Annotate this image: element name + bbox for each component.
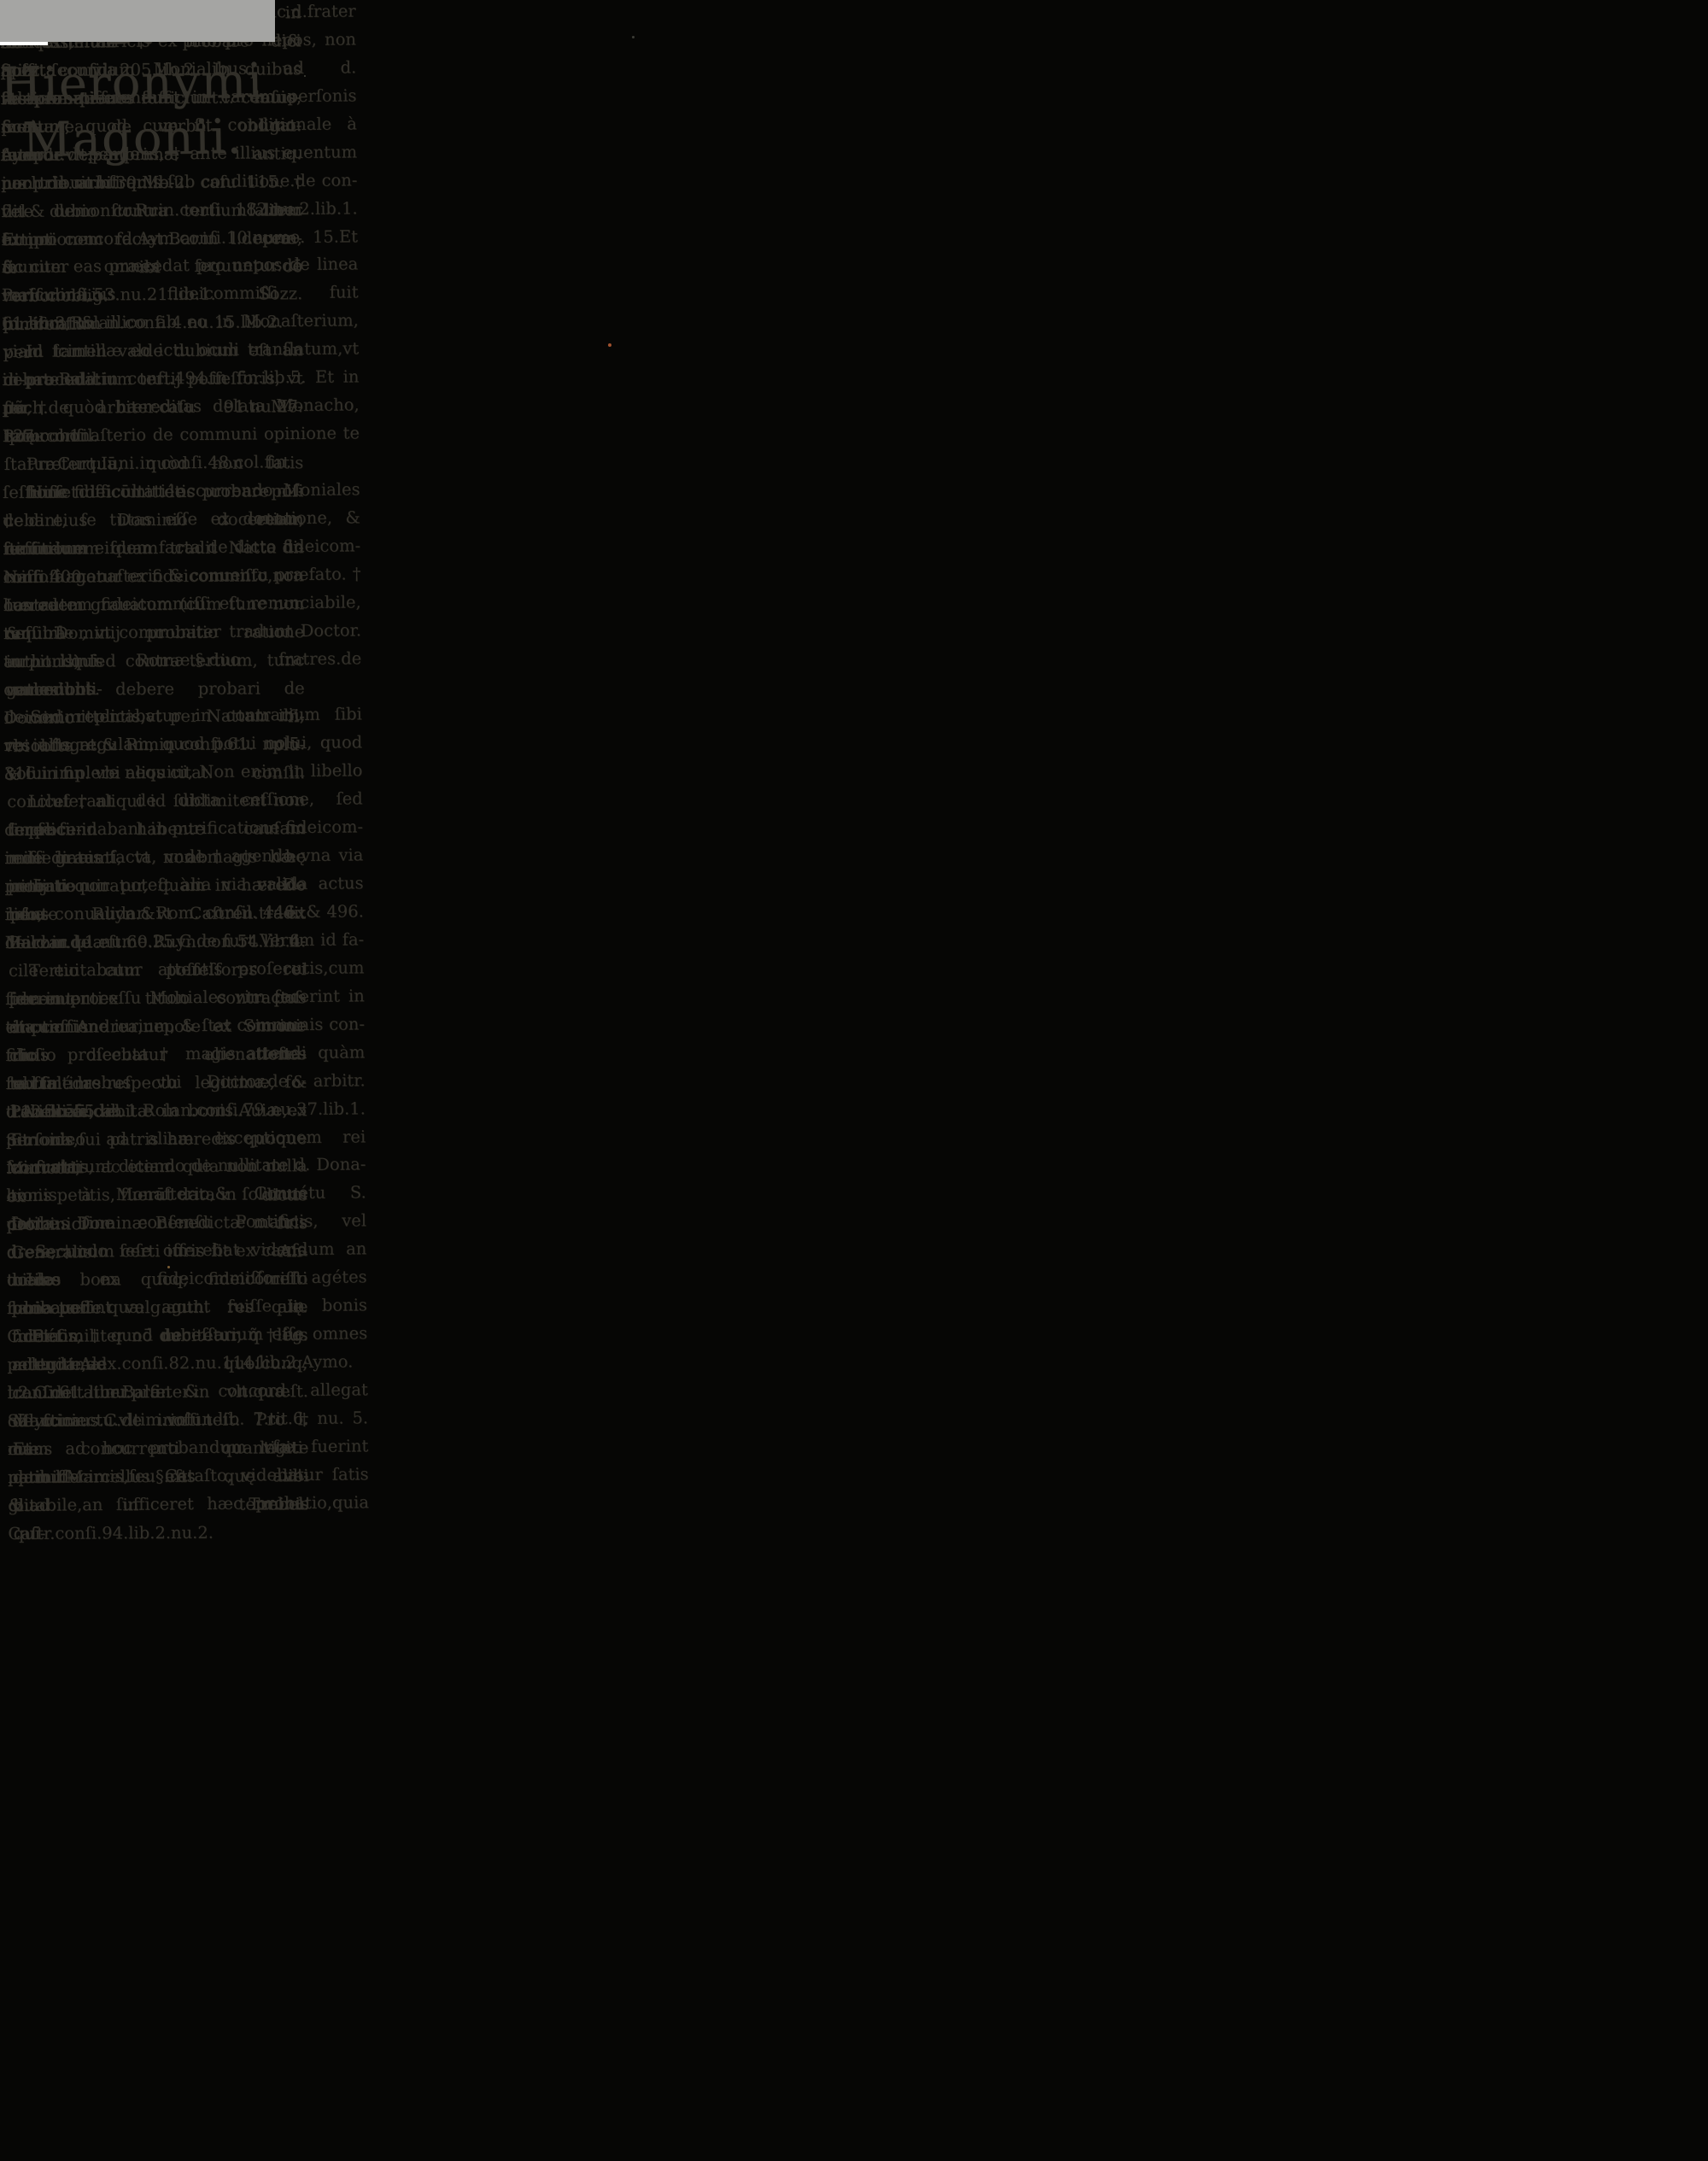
text-line: natio.l.Marcellus.§.res quę vbi gl.ad Tr… — [8, 1461, 309, 1491]
text-line: muniter omnes ſequuntur.de verbor.oblig. — [2, 252, 303, 282]
text-line-content: & in terminis Caſtr.conſi.94.lib.2.nu.2. — [8, 1494, 309, 1543]
text-line-content: 61.lib.3.Rolan.conſi.4.nu.15.lib.2. — [2, 313, 284, 334]
margin-number: 13 — [0, 1407, 1, 1435]
text-line: bonis petitis, fuerūt data in ſolutum pr… — [6, 1180, 307, 1210]
margin-number: 4 — [0, 844, 4, 872]
scan-color-strip — [0, 0, 275, 42]
text-line: authoris) ſed contra tertium, tunc omnes — [3, 646, 305, 676]
text-line: nari poſſe. vulg.auth. res quę. C.cōia. … — [7, 1292, 308, 1322]
text-line: 11dreæ, † cum certi iuris ſit ex cauſa d… — [7, 1236, 308, 1266]
text-line: minij requiratur, quàm in hærede ipſo, v… — [4, 870, 306, 900]
dust-speck — [632, 36, 635, 38]
text-line: mæ concurrenti quantitate permiſſa eſt a… — [8, 1433, 309, 1463]
text-line: concedunt debere probari de Dominio fi- — [3, 674, 305, 704]
text-line: 316.in fin. vbi alios citat. — [4, 758, 306, 788]
text-line: 8noch.de arbitrar.lib.2. caſu 115. † vel… — [1, 167, 302, 197]
text-line: dotibus Dominæ Benedictæ matris d. An- — [6, 1208, 307, 1238]
text-line: ſumptionem faciat.Bar.in l.decem, & ibi … — [1, 224, 302, 254]
text-line: Nam ſi agatur ex fideicommiſſo,non contr… — [3, 561, 304, 591]
dust-speck — [167, 1266, 170, 1268]
text-line: mente Ruyn.& Caſtren.tradit Marzar.de fi… — [5, 899, 307, 928]
text-line: ti cum Andrea,nepote ex Simone filio teſ… — [5, 1011, 307, 1041]
text-line: de eius Dominio doceretur, ſecundum di- — [3, 505, 304, 535]
margin-number: 3 — [0, 563, 2, 591]
text-line: 10Licet † aliqui id ſublimitent non proc… — [4, 786, 306, 816]
text-line: l.2.C.de liber.præter.in vlt.quæſt. Saly… — [7, 1377, 308, 1407]
text-line: deicommittentis,vt per Nattam ibi, vbi p… — [3, 702, 305, 732]
text-line: mentanea de verbo. obligat. Aym.de antiq… — [1, 111, 302, 141]
text-line: deicom.quæſt.60.Ruyn.con.54.lib.4. — [5, 927, 307, 957]
text-line: 127.col.1. — [3, 420, 304, 450]
dust-speck — [608, 343, 611, 347]
text-line: hæredem grauatum (cum tunc non requira — [3, 589, 305, 619]
text-line: Id tamen valde dubium eſt an procedat — [2, 336, 303, 366]
text-line: ſtinctionem quam tradit Natta in conſi.4… — [3, 533, 304, 563]
text-line: & in terminis Caſtr.conſi.94.lib.2.nu.2. — [8, 1490, 309, 1520]
text-line: 9ſeſſione fideicōmittétis probare niſi †… — [3, 477, 304, 507]
text-line: in præiudicium tertij poſſeſſoris, vt pe… — [2, 364, 303, 394]
text-line: tempor.vlt.par.primæ par.prin.num.30.Me- — [1, 139, 302, 169]
text-line-content: 316.in fin. vbi alios citat. — [4, 763, 213, 783]
text-line: Pariſ.conſi.53.nu.21.lib.1. Sozz. Iun.co… — [2, 280, 303, 310]
text-line: 61.lib.3.Rolan.conſi.4.nu.15.lib.2. — [2, 307, 303, 337]
text-line: ſine dubio contra tertium liber extimi p… — [1, 196, 302, 225]
book-photo-scene: D. Hieronymi Magonii. 51 feminina,At cum… — [0, 0, 1708, 2161]
text-line: d.Andreæ,debitæ in bonis.Auiæ,ex perſona — [6, 1096, 307, 1126]
text-line: rede grauati, vt non magis hæc probatio … — [4, 842, 306, 872]
text-line-content: 127.col.1. — [3, 426, 85, 447]
text-line: Sozz. conſi. 205.lib.2. In quibus facti … — [0, 55, 301, 85]
text-line: ſiderent ex titulo contractus emptionis … — [5, 983, 307, 1013]
text-line: Tertio cum poſſeſſores rei conuenti poſ- — [5, 955, 307, 985]
text-line: Præterquā, quòd non ſatis fuiſſet de poſ… — [3, 448, 304, 478]
dust-speck — [304, 75, 306, 77]
text-line: 12Et ſimiliter nō dubitetur, q̃ † ius le… — [7, 1321, 308, 1350]
column-right: tumcunque videretur verſari, in antiquis… — [0, 0, 309, 1520]
text-line: tur Dominij probatio ratione turpitudini… — [3, 618, 305, 647]
text-line: re ſaltim reſpectu legitimæ, & trebellia… — [6, 1068, 307, 1098]
text-line: ſui fratris, ac etiam quia non nulla ex … — [6, 1152, 307, 1182]
text-line: tricis dicebatur alienationes ſubſtinéda… — [5, 1040, 307, 1069]
text-line-content: deicom.quæſt.60.Ruyn.con.54.lib.4. — [5, 931, 307, 952]
text-line: noch.de arbiter.caſu 91.nu.27. Rom.conſi… — [2, 392, 303, 422]
text-line: 13cū ſcimus.C.de inoffi.teſt. Pro † cuiu… — [8, 1405, 309, 1435]
text-line: Simonis,ſui patris hæredis quoque Mariot… — [6, 1124, 307, 1154]
text-line: dere in habente cauſam immediatam ab hę — [4, 814, 306, 844]
text-line: res probationes ſufficiunt.l. cenſus, & … — [1, 83, 302, 113]
text-line: res allegat,& Rimin.conſi.61. nu.5. & co… — [3, 730, 305, 760]
text-line: petendæ,ad quoſcunq; tranſmittatur.Bal.i… — [7, 1349, 308, 1379]
text-line: tuēdæ bona quoq; fideicōmiſſo ſubiecta a… — [7, 1264, 308, 1294]
